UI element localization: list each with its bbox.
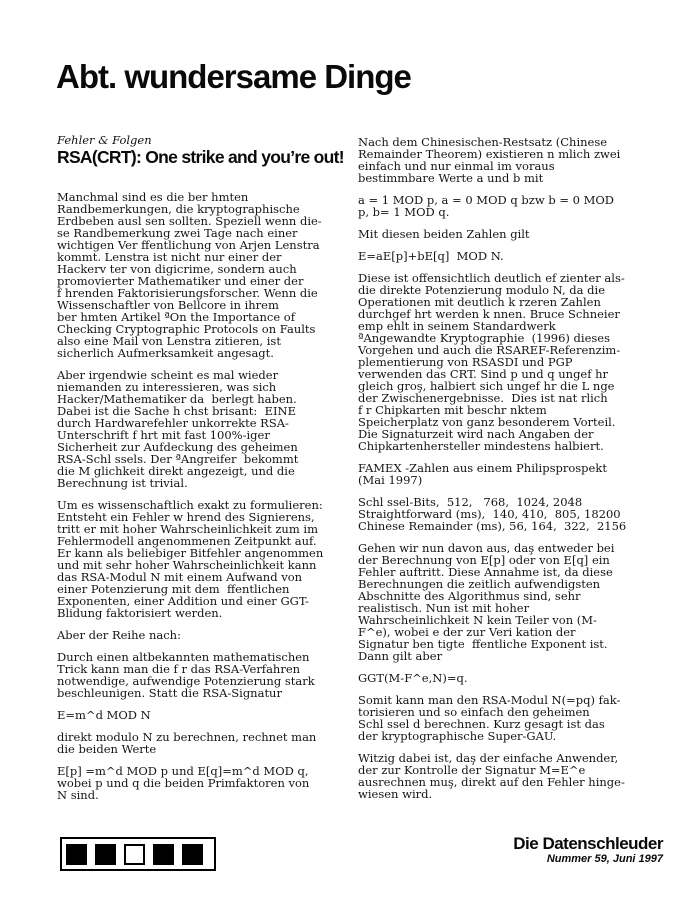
paragraph: direkt modulo N zu berechnen, rechnet ma… bbox=[57, 731, 357, 755]
paragraph: GGT(M-F^e,N)=q. bbox=[358, 672, 666, 684]
paragraph: Witzig dabei ist, daş der einfache Anwen… bbox=[358, 752, 666, 800]
paragraph: Somit kann man den RSA-Modul N(=pq) fak-… bbox=[358, 694, 666, 742]
paragraph: a = 1 MOD p, a = 0 MOD q bzw b = 0 MOD p… bbox=[358, 194, 666, 218]
marker-square-empty bbox=[124, 844, 145, 865]
paragraph: Aber irgendwie scheint es mal wieder nie… bbox=[57, 369, 357, 489]
right-column: Nach dem Chinesischen-Restsatz (Chinese … bbox=[358, 134, 666, 810]
paragraph: Nach dem Chinesischen-Restsatz (Chinese … bbox=[358, 136, 666, 184]
left-column: Fehler & Folgen RSA(CRT): One strike and… bbox=[57, 134, 357, 811]
paragraph: FAMEX -Zahlen aus einem Philipsprospekt … bbox=[358, 462, 666, 486]
marker-square-filled bbox=[66, 844, 87, 865]
paragraph: Manchmal sind es die ber hmten Randbemer… bbox=[57, 191, 357, 359]
left-column-body: Manchmal sind es die ber hmten Randbemer… bbox=[57, 191, 357, 801]
paragraph: E=m^d MOD N bbox=[57, 709, 357, 721]
issue-info: Nummer 59, Juni 1997 bbox=[513, 853, 663, 866]
paragraph: Diese ist offensichtlich deutlich ef zie… bbox=[358, 272, 666, 452]
article-kicker: Fehler & Folgen bbox=[57, 134, 357, 147]
marker-square-filled bbox=[153, 844, 174, 865]
right-column-body: Nach dem Chinesischen-Restsatz (Chinese … bbox=[358, 136, 666, 800]
magazine-page: Abt. wundersame Dinge Fehler & Folgen RS… bbox=[0, 0, 700, 906]
marker-square-filled bbox=[95, 844, 116, 865]
paragraph: Aber der Reihe nach: bbox=[57, 629, 357, 641]
footer-imprint: Die Datenschleuder Nummer 59, Juni 1997 bbox=[513, 835, 663, 866]
paragraph: Durch einen altbekannten mathematischen … bbox=[57, 651, 357, 699]
paragraph: E[p] =m^d MOD p und E[q]=m^d MOD q, wobe… bbox=[57, 765, 357, 801]
paragraph: Um es wissenschaftlich exakt zu formulie… bbox=[57, 499, 357, 619]
paragraph: Mit diesen beiden Zahlen gilt bbox=[358, 228, 666, 240]
article-headline: RSA(CRT): One strike and you’re out! bbox=[57, 148, 357, 167]
paragraph: Schl ssel-Bits, 512, 768, 1024, 2048 Str… bbox=[358, 496, 666, 532]
paragraph: Gehen wir nun davon aus, daş entweder be… bbox=[358, 542, 666, 662]
marker-square-filled bbox=[182, 844, 203, 865]
page-title: Abt. wundersame Dinge bbox=[56, 58, 411, 96]
paragraph: E=aE[p]+bE[q] MOD N. bbox=[358, 250, 666, 262]
magazine-title: Die Datenschleuder bbox=[513, 835, 663, 853]
issue-marker-box bbox=[60, 837, 216, 871]
